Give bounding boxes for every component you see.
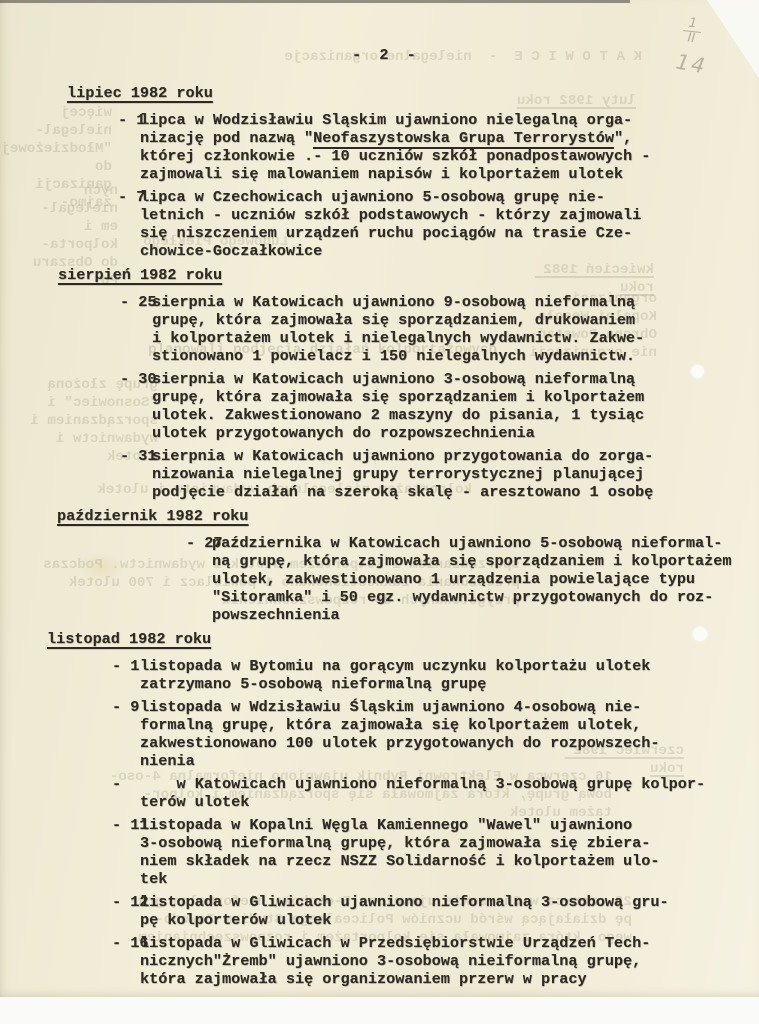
entry-marker: - 27 [186, 534, 222, 552]
report-entry: - 9 listopada w Wdzisławiu Śląskim ujawn… [0, 698, 759, 770]
entry-marker: - 11 [112, 816, 148, 834]
section-heading: listopad 1982 roku [47, 630, 759, 648]
report-entry: - 16 listopada w Gliwicach w Przedsiębio… [0, 934, 759, 988]
entry-text: listopada w Gliwicach ujawniono nieforma… [140, 893, 759, 929]
entry-marker: - 9 [112, 698, 139, 716]
report-entry: - 7 lipca w Czechowicach ujawniono 5-oso… [0, 188, 759, 260]
entry-marker: - 7 [118, 188, 145, 206]
typed-report: - 2 - lipiec 1982 roku - 1 lipca w Wodzi… [0, 46, 759, 994]
entry-marker: - 12 [112, 893, 148, 911]
page-number: - 2 - [352, 46, 759, 64]
entry-text: lipca w Wodzisławiu Sląskim ujawniono ni… [140, 111, 759, 183]
underlined-organization-name: Neofaszystowska Grupa Terrorystów [313, 129, 614, 149]
report-entry: - 12 listopada w Gliwicach ujawniono nie… [0, 893, 759, 929]
entry-marker: - 25 [120, 293, 156, 311]
scan-edge-shadow [0, 0, 630, 3]
section-heading: październik 1982 roku [57, 507, 759, 525]
entry-marker: - 30 [120, 370, 156, 388]
report-entry: - 1 listopada w Bytomiu na gorącym uczyn… [0, 657, 759, 693]
paper-stain [78, 552, 124, 582]
section-heading: sierpień 1982 roku [58, 266, 759, 284]
handwritten-pencil-fraction: 1 II [682, 17, 703, 46]
entry-text: sierpnia w Katowicach ujawniono 9-osobow… [152, 293, 759, 365]
report-entry: - 1 lipca w Wodzisławiu Sląskim ujawnion… [0, 111, 759, 183]
report-entry: - 25 sierpnia w Katowicach ujawniono 9-o… [0, 293, 759, 365]
section-heading: lipiec 1982 roku [67, 84, 759, 102]
entry-marker: - [112, 775, 121, 793]
pencil-fraction-top: 1 [688, 16, 698, 32]
pencil-fraction-bar [683, 30, 701, 33]
report-entry: - 31 sierpnia w Katowicach ujawniono prz… [0, 447, 759, 501]
section-august-1982: sierpień 1982 roku - 25 sierpnia w Katow… [0, 266, 759, 501]
report-entry: - w Katowicach ujawniono nieformalną 3-o… [0, 775, 759, 811]
entry-marker: - 31 [120, 447, 156, 465]
document-page: K A T O W I C E - nielegalne organizacje… [0, 0, 759, 997]
entry-marker: - 1 [118, 111, 145, 129]
pencil-fraction-bottom: II [687, 31, 696, 47]
entry-text: listopada w Kopalni Węgla Kamiennego "Wa… [140, 816, 759, 888]
entry-text: listopada w Bytomiu na gorącym uczynku k… [140, 657, 759, 693]
entry-text: października w Katowicach ujawniono 5-os… [212, 534, 759, 624]
section-november-1982: listopad 1982 roku - 1 listopada w Bytom… [0, 630, 759, 988]
entry-text: w Katowicach ujawniono nieformalną 3-oso… [140, 775, 759, 811]
paper-hole [693, 627, 707, 641]
scan-background-corner [707, 0, 759, 78]
paper-hole [691, 365, 704, 378]
entry-text: listopada w Gliwicach w Przedsiębiorstwi… [140, 934, 759, 988]
entry-text: sierpnia w Katowicach ujawniono przygoto… [152, 447, 759, 501]
entry-marker: - 1 [112, 657, 139, 675]
report-entry: - 11 listopada w Kopalni Węgla Kamienneg… [0, 816, 759, 888]
entry-text: lipca w Czechowicach ujawniono 5-osobową… [140, 188, 759, 260]
entry-text: listopada w Wdzisławiu Śląskim ujawniono… [140, 698, 759, 770]
entry-text: sierpnia w Katowicach ujawniono 3-osobow… [152, 370, 759, 442]
section-july-1982: lipiec 1982 roku - 1 lipca w Wodzisławiu… [0, 84, 759, 260]
entry-marker: - 16 [112, 934, 148, 952]
report-entry: - 30 sierpnia w Katowicach ujawniono 3-o… [0, 370, 759, 442]
